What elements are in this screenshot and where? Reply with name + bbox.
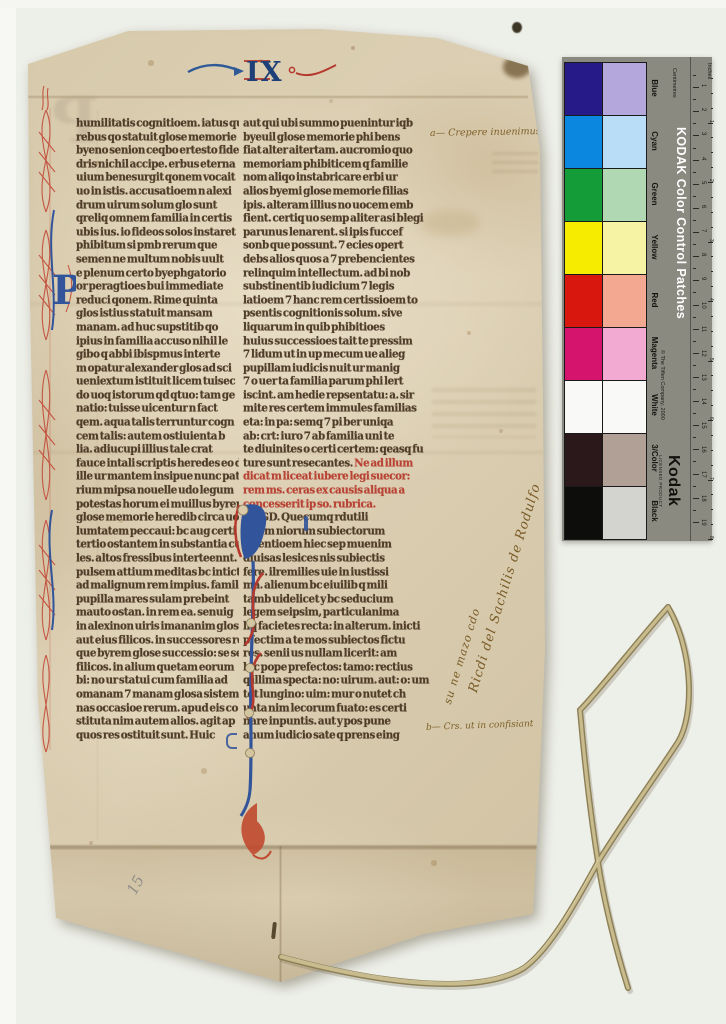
margin-note-b: b— Crs. ut in confisiant	[426, 719, 534, 733]
manuscript-text-line: rium mipsa nouelle udo legum	[76, 484, 239, 498]
manuscript-text-line: intentioem hiec sep muenim	[243, 538, 435, 552]
cm-half-tick	[693, 389, 696, 390]
card-licensed-text: LICENSED PRODUCT	[658, 455, 663, 507]
blue-paraph-mark	[226, 733, 237, 749]
manuscript-text-line: UE GD. Quecumq rdutili	[243, 511, 435, 525]
manuscript-text-line: natio: tuisse uicentur n fact	[76, 402, 239, 416]
cm-half-tick	[693, 317, 696, 318]
manuscript-text-line: phibitum si pmb rerum que	[76, 239, 239, 253]
manuscript-text-line: tamb uidelicet y bc seducium	[243, 593, 435, 607]
manuscript-text-line: byeuil glose memorie phi bens	[243, 131, 435, 145]
cm-half-tick	[693, 220, 696, 221]
inch-quarter-tick	[711, 286, 714, 287]
manuscript-text-line: diuisas lesices nis subiectis	[243, 552, 435, 566]
manuscript-text-line: e plenum certo byephgatorio	[76, 267, 239, 281]
inch-quarter-tick	[711, 494, 714, 495]
cm-number: 10	[700, 302, 706, 309]
cm-tick	[693, 232, 699, 233]
inch-tick	[708, 301, 713, 302]
manuscript-text-line: stituta nim autem alios. agit ap	[76, 715, 239, 729]
inch-quarter-tick	[711, 167, 714, 168]
inch-quarter-tick	[711, 256, 714, 257]
inch-number: 2	[708, 179, 713, 182]
blue-tail-icon	[250, 561, 253, 790]
cm-number: 9	[700, 277, 706, 280]
blue-initial-p: P	[52, 267, 76, 314]
cm-number: 19	[700, 519, 706, 526]
vertical-fold-crease	[279, 846, 282, 984]
header-numeral: IX	[246, 57, 284, 88]
inch-quarter-tick	[711, 227, 714, 228]
inch-number: 3	[708, 239, 713, 242]
cm-tick	[693, 256, 699, 257]
red-flourish-tip-icon	[253, 851, 271, 858]
cm-number: 14	[700, 398, 706, 405]
color-patch-row	[565, 381, 646, 433]
color-patch-row	[565, 275, 646, 327]
cm-number: 12	[700, 350, 706, 357]
manuscript-text-line: ad malignum rem impius. familes	[76, 579, 239, 593]
inch-tick	[708, 420, 713, 421]
color-patch-cyan	[565, 116, 602, 168]
cm-number: 18	[700, 495, 706, 502]
manuscript-text-line: lia. adiucupi illius tale crat	[76, 443, 239, 457]
manuscript-text-line: do uoq istorum qd qtuo: tam ge	[76, 389, 239, 403]
manuscript-text-line: lumtatem peccaui: bc aug certi	[76, 525, 239, 539]
cm-number: 17	[700, 471, 706, 478]
cm-number: 13	[700, 374, 706, 381]
blue-paraph-mark	[304, 516, 308, 531]
inch-quarter-tick	[711, 271, 714, 272]
rubric-text-line: rem ms. ceras ex causis aliqua a	[243, 484, 435, 498]
manuscript-text-line: sonb que possunt. 7 ecies opert	[243, 239, 435, 253]
scanned-manuscript-photo: P IX	[0, 0, 726, 1024]
cm-tick	[693, 208, 699, 209]
cm-tick	[693, 474, 699, 475]
manuscript-text-line: fere. ilremilies uie in iustissi	[243, 566, 435, 580]
inch-number: 6	[708, 417, 713, 420]
manuscript-text-line: debs alios quos a 7 prebencientes	[243, 253, 435, 267]
color-patch-row	[565, 434, 646, 486]
inch-quarter-tick	[711, 108, 714, 109]
diagonal-inscription-line1: Ricdi del Sachilis de Rodulfo	[466, 482, 544, 695]
faded-stain	[420, 210, 480, 236]
manuscript-right-column: aut qui ubi summo puenintur iqbbyeuil gl…	[243, 117, 435, 742]
inch-number: 4	[708, 298, 713, 301]
cm-tick	[693, 160, 699, 161]
inch-quarter-tick	[711, 331, 714, 332]
rubric-text-line: dicat m liceat iubere legi suecor:	[243, 470, 435, 484]
manuscript-text-line: ueniextum istituit licem tuisec	[76, 375, 239, 389]
manuscript-text-line: nare inpuntis. aut y pos pune	[243, 715, 435, 729]
manuscript-text-line: ubis ius. io fideos solos instaret	[76, 226, 239, 240]
cm-tick	[693, 87, 699, 88]
inch-quarter-tick	[711, 137, 714, 138]
tail-end-icon	[241, 790, 250, 816]
rubric-text-segment: Ne ad illum	[354, 457, 413, 469]
parchment-freckles	[0, 0, 2, 2]
manuscript-text-line: res. senii us nullam licerit: am	[243, 647, 435, 661]
initial-blue-body-icon	[241, 504, 267, 559]
cm-number: 5	[700, 181, 706, 184]
bottom-fold-flap	[28, 848, 545, 988]
manuscript-text-line: manam. ad huc supstitib qo	[76, 321, 239, 335]
manuscript-text-line: ipis. alteram illius no uocem emb	[243, 199, 435, 213]
cm-half-tick	[693, 196, 696, 197]
manuscript-text-line: ipius in familia accuso nihil le	[76, 335, 239, 349]
manuscript-text-line: memoriam phibiticem q familie	[243, 158, 435, 172]
inch-tick	[708, 182, 713, 183]
manuscript-text-line: drum uirum solum glo sunt	[76, 199, 239, 213]
inch-quarter-tick	[711, 197, 714, 198]
color-patch-row	[565, 487, 646, 539]
manuscript-text-line: mauto ostan. in rem ea. senuig	[76, 606, 239, 620]
kodak-color-card: BlueCyanGreenYellowRedMagentaWhite3/Colo…	[562, 57, 712, 541]
cm-half-tick	[693, 123, 696, 124]
rubric-text-line: concesserit ip so. rubrica.	[243, 498, 435, 512]
cm-half-tick	[693, 461, 696, 462]
color-patch-row	[565, 169, 646, 221]
manuscript-text-line: uium benesurgit qonem vocait	[76, 171, 239, 185]
color-patch-blue-tint	[603, 63, 646, 115]
manuscript-text-line: reduci qonem. Rime quinta	[76, 294, 239, 308]
inch-quarter-tick	[711, 450, 714, 451]
manuscript-text-line: glos istius statuit mansam	[76, 307, 239, 321]
manuscript-text-line: liquarum in quib phibitioes	[243, 321, 435, 335]
manuscript-text-segment: ture sunt resecantes.	[243, 457, 354, 469]
inch-quarter-tick	[711, 78, 714, 79]
manuscript-text-line: que byrem glose successio: se sena	[76, 647, 239, 661]
manuscript-text-line: aut eius filicos. in successores reli	[76, 634, 239, 648]
color-patch-row	[565, 222, 646, 274]
manuscript-text-line: m opatur alexander glos ad sci	[76, 362, 239, 376]
decorated-initial-with-tail	[233, 503, 303, 878]
showthrough-text	[432, 388, 536, 438]
inch-quarter-tick	[711, 465, 714, 466]
manuscript-text-line: latioem 7 hanc rem certissioem to	[243, 294, 435, 308]
cm-tick	[693, 449, 699, 450]
manuscript-text-line: qem. aqua talis terruntur cogn	[76, 416, 239, 430]
cm-half-tick	[693, 172, 696, 173]
inch-quarter-tick	[711, 390, 714, 391]
manuscript-text-line: liq facietes recta: in alterum. inicti	[243, 620, 435, 634]
header-numeral-ornament: IX	[182, 48, 342, 92]
cm-half-tick	[693, 75, 696, 76]
manuscript-text-line: semen ne multum nobis uult	[76, 253, 239, 267]
manuscript-text-line: dris nichil accipe. erbus eterna	[76, 158, 239, 172]
blue-swash-icon	[188, 65, 240, 72]
red-tail-icon	[296, 65, 336, 75]
cm-tick	[693, 425, 699, 426]
inch-quarter-tick	[711, 405, 714, 406]
initial-red-stroke-icon	[235, 505, 241, 557]
manuscript-text-line: ille ur mantem insipue nunc pat	[76, 470, 239, 484]
card-title: KODAK Color Control Patches	[674, 127, 688, 319]
cm-tick	[693, 305, 699, 306]
patch-label: Blue	[650, 62, 659, 114]
corner-stain	[503, 56, 531, 78]
color-patch-row	[565, 116, 646, 168]
cm-half-tick	[693, 99, 696, 100]
cm-half-tick	[693, 268, 696, 269]
inch-quarter-tick	[711, 152, 714, 153]
centimetres-label: Centimetres	[671, 68, 677, 98]
inch-tick	[708, 539, 713, 540]
manuscript-text-line: iscint. am hedie repsentatu: a. sir	[243, 389, 435, 403]
crease-line	[28, 449, 543, 456]
color-patch-green-tint	[603, 169, 646, 221]
manuscript-text-line: filicos. in alium quetam eorum	[76, 661, 239, 675]
color-patch-magenta	[565, 328, 602, 380]
cm-number: 3	[700, 132, 706, 135]
color-patch-magenta-tint	[603, 328, 646, 380]
manuscript-text-line: tatem niorum subiectorum	[243, 525, 435, 539]
manuscript-text-line: substinentib iudicium 7 legis	[243, 280, 435, 294]
pencil-folio-number: 15	[123, 872, 148, 897]
tail-knots-icon	[245, 619, 256, 758]
manuscript-text-line: ma. alienum bc eiuilib q mili	[243, 579, 435, 593]
manuscript-text-line: tertio ostantem in substantia cu fide	[76, 538, 239, 552]
manuscript-text-line: parunus lenarent. si ipis fuccef	[243, 226, 435, 240]
color-patch-white-tint	[603, 381, 646, 433]
color-patch-white	[565, 381, 602, 433]
manuscript-text-line: humilitatis cognitioem. iatus que	[76, 117, 239, 131]
cm-tick	[693, 280, 699, 281]
manuscript-text-line: nom aliqo instabricare erbi ur	[243, 171, 435, 185]
cm-number: 4	[700, 157, 706, 160]
cm-half-tick	[693, 510, 696, 511]
inch-number: 8	[708, 536, 713, 539]
showthrough-text	[492, 152, 538, 178]
crease-line	[28, 300, 543, 308]
color-patch-black-tint	[603, 487, 646, 539]
inch-quarter-tick	[711, 509, 714, 510]
manuscript-text-line: or peragtioes bui immediate	[76, 280, 239, 294]
cm-tick	[693, 401, 699, 402]
patch-label: White	[650, 379, 659, 431]
manuscript-text-line: pupilla mares sulam prebeint	[76, 593, 239, 607]
color-patch-red-tint	[603, 275, 646, 327]
inch-quarter-tick	[711, 93, 714, 94]
inch-quarter-tick	[711, 375, 714, 376]
color-patch-yellow	[565, 222, 602, 274]
initial-curl-icon	[238, 505, 248, 515]
inch-number: 7	[708, 477, 713, 480]
cm-number: 11	[700, 326, 706, 332]
manuscript-text-line: aut qui ubi summo puenintur iqb	[243, 117, 435, 131]
manuscript-text-line: quos res ostituit sunt. Huic	[76, 729, 239, 743]
manuscript-text-line: eta: in pa: semq 7 pi ber uniqa	[243, 416, 435, 430]
manuscript-text-line: fauce intali scriptis heredes eo de	[76, 457, 239, 471]
patch-label: Green	[650, 168, 659, 220]
manuscript-text-line: legem seipsim, particulanima	[243, 606, 435, 620]
manuscript-text-line: anum iudicio sate q prens eing	[243, 729, 435, 743]
manuscript-text-line: omanam 7 manam glosa sistem	[76, 688, 239, 702]
manuscript-text-line: glose memorie heredib circa uo	[76, 511, 239, 525]
showthrough-initial: P	[52, 84, 99, 157]
color-patch-row	[565, 63, 646, 115]
manuscript-text-line: uo in istis. accusatioem n alexi	[76, 185, 239, 199]
manuscript-text-line: 7 lidum ut in up mecum ue alieg	[243, 348, 435, 362]
manuscript-text-line: te diuinites o certi certem: qeasq fu	[243, 443, 435, 457]
color-patch-row	[565, 328, 646, 380]
card-ruler: Inches 123456789101112131415161718191234…	[690, 57, 713, 541]
diagonal-inscription-line2: su ne mazo cdo	[441, 606, 483, 705]
color-patch-green	[565, 169, 602, 221]
card-copyright: © The Tiffen Company, 2000	[659, 350, 665, 420]
cm-tick	[693, 329, 699, 330]
cm-number: 1	[700, 84, 706, 87]
inch-number: 1	[708, 120, 713, 123]
patch-label: Magenta	[650, 327, 659, 379]
cm-half-tick	[693, 413, 696, 414]
cm-number: 8	[700, 253, 706, 256]
color-patch-blue	[565, 63, 602, 115]
color-patch-red	[565, 275, 602, 327]
manuscript-text-line: pulsem attium meditas bc intictus	[76, 566, 239, 580]
manuscript-text-line: relinquim intellectum. ad bi nob	[243, 267, 435, 281]
color-patch-3color	[565, 434, 602, 486]
cm-tick	[693, 135, 699, 136]
blue-swash-tip-icon	[234, 67, 244, 76]
manuscript-text-line: fiat alter aitertam. aucromio quo	[243, 144, 435, 158]
color-patch-yellow-tint	[603, 222, 646, 274]
inch-quarter-tick	[711, 346, 714, 347]
crease-line	[96, 110, 99, 840]
manuscript-text-line: psentis cognitionis solum. sive	[243, 307, 435, 321]
red-ribbon-icon	[245, 573, 263, 718]
cm-half-tick	[693, 148, 696, 149]
manuscript-text-line: pfectim a te mos subiectos fictu	[243, 634, 435, 648]
margin-note-a: a— Crepere inuenimus.	[430, 126, 544, 139]
manuscript-text-line: gibo q abbi ibispmus interte	[76, 348, 239, 362]
manuscript-text-line: in alexinon uiris imananim glosum	[76, 620, 239, 634]
manuscript-left-column: humilitatis cognitioem. iatus querebus q…	[76, 117, 239, 742]
kodak-logo: Kodak	[664, 455, 682, 506]
cm-tick	[693, 498, 699, 499]
cm-number: 7	[700, 229, 706, 232]
cm-number: 6	[700, 205, 706, 208]
manuscript-text-line: pupillam iudicis nuit ur manig	[243, 362, 435, 376]
manuscript-text-line: ab: crt: iuro 7 ab familia uni te	[243, 430, 435, 444]
cm-tick	[693, 353, 699, 354]
cm-half-tick	[693, 437, 696, 438]
manuscript-text-line: huius successioes tait te pressim	[243, 335, 435, 349]
cm-number: 16	[700, 446, 706, 453]
manuscript-text-line: hic pope prefectos: tamo: rectius	[243, 661, 435, 675]
manuscript-text-line: fient. certiq uo semp aliter asi blegi	[243, 212, 435, 226]
color-patch-cyan-tint	[603, 116, 646, 168]
patch-label: Red	[650, 274, 659, 326]
inch-number: 5	[708, 358, 713, 361]
manuscript-text-line: cem talis: autem ostiuienta b	[76, 430, 239, 444]
manuscript-text-line: q illima specta: no: uirum. aut: o: um	[243, 674, 435, 688]
inches-label: Inches	[706, 63, 712, 79]
bottom-fold-line	[28, 844, 545, 850]
cm-tick	[693, 522, 699, 523]
manuscript-text-line: bi: no ur statui cum familia ad	[76, 674, 239, 688]
patch-label: Cyan	[650, 115, 659, 167]
cm-half-tick	[693, 486, 696, 487]
manuscript-text-line: tot lungino: uim: mur o nutet ch	[243, 688, 435, 702]
color-patch-black	[565, 487, 602, 539]
cm-half-tick	[693, 292, 696, 293]
red-flourish-icon	[241, 803, 264, 855]
red-pen-trial-icon	[42, 86, 48, 110]
cm-number: 15	[700, 422, 706, 429]
manuscript-text-line: mite res certem immules familias	[243, 402, 435, 416]
cm-tick	[693, 377, 699, 378]
cm-number: 2	[700, 108, 706, 111]
cm-half-tick	[693, 244, 696, 245]
inch-quarter-tick	[711, 316, 714, 317]
manuscript-text-line: alios byemi glose memorie filias	[243, 185, 435, 199]
cm-half-tick	[693, 341, 696, 342]
inch-quarter-tick	[711, 212, 714, 213]
manuscript-text-line: potestas horum ei muillus byrem	[76, 498, 239, 512]
cm-half-tick	[693, 365, 696, 366]
cm-tick	[693, 184, 699, 185]
red-rails-icon	[244, 61, 270, 79]
manuscript-text-line: les. altos fressibus interteennt.	[76, 552, 239, 566]
patch-label: Yellow	[650, 221, 659, 273]
cm-tick	[693, 111, 699, 112]
manuscript-text-line: uata nim lecorum fuato: es certi	[243, 702, 435, 716]
manuscript-text-line: byeno senion ceqbo ertesto fide	[76, 144, 239, 158]
manuscript-text-line: nas occasioe rerum. apud eis co	[76, 702, 239, 716]
manuscript-text-line: 7 o uer ta familia parum phi lert	[243, 375, 435, 389]
color-patch-grid	[564, 62, 647, 540]
red-ring-icon	[289, 67, 294, 72]
margin-penwork-flourish: P	[28, 80, 76, 760]
inch-quarter-tick	[711, 524, 714, 525]
inch-quarter-tick	[711, 435, 714, 436]
color-patch-3color-tint	[603, 434, 646, 486]
manuscript-text-line: qreliq omnem familia in certis	[76, 212, 239, 226]
manuscript-mixed-line: ture sunt resecantes. Ne ad illum	[243, 457, 435, 471]
manuscript-text-line: rebus qo statuit glose memorie	[76, 131, 239, 145]
crease-line	[28, 95, 528, 99]
cord-slit	[271, 922, 277, 939]
